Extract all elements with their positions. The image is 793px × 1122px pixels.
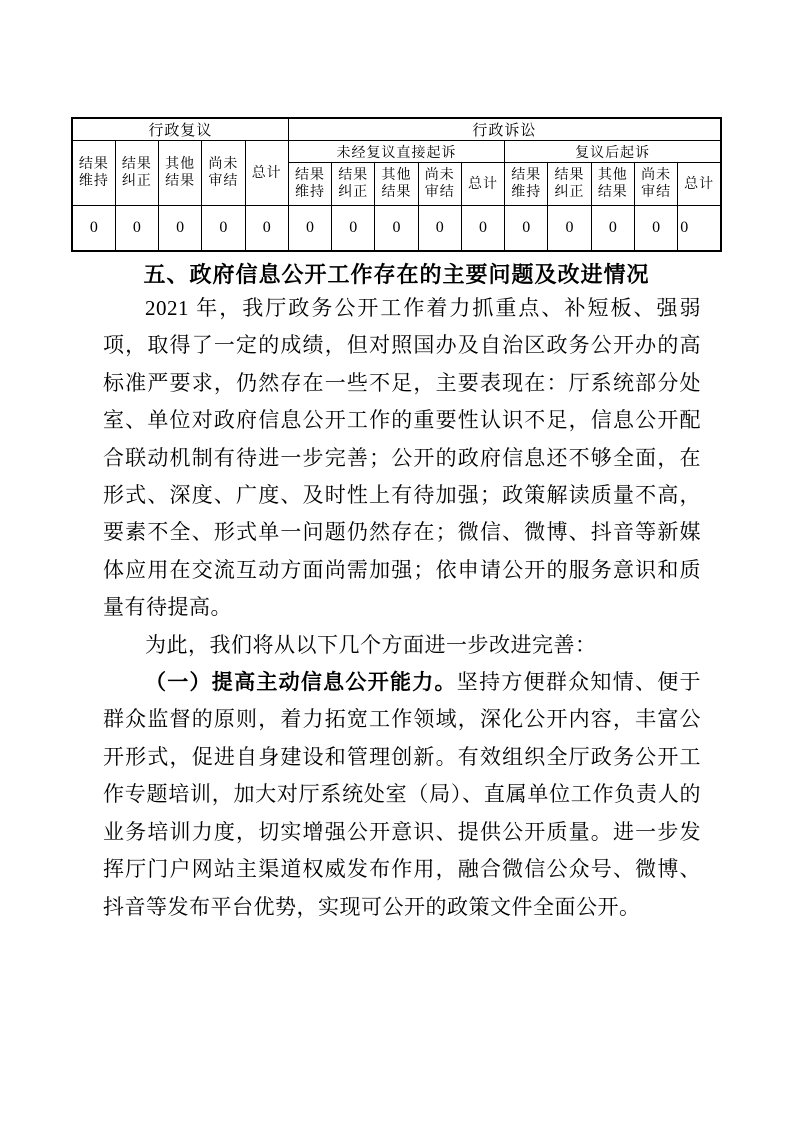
paragraph-improvement-body: 坚持方便群众知情、便于群众监督的原则，着力拓宽工作领域，深化公开内容，丰富公开形… (103, 670, 701, 918)
table-value: 0 (548, 206, 591, 252)
table-value: 0 (202, 206, 245, 252)
table-value: 0 (115, 206, 158, 252)
table-value: 0 (634, 206, 677, 252)
table-value: 0 (505, 206, 548, 252)
col-header-result-upheld: 结果 维持 (505, 163, 548, 206)
col-header-total: 总计 (245, 141, 288, 206)
col-header-result-upheld: 结果 维持 (72, 141, 115, 206)
col-header-result-corrected: 结果 纠正 (548, 163, 591, 206)
table-value: 0 (72, 206, 115, 252)
admin-review-litigation-table: 行政复议 行政诉讼 结果 维持 结果 纠正 其他 结果 尚未 审结 总计 未经复… (71, 117, 722, 252)
group-header-direct-lawsuit: 未经复议直接起诉 (288, 141, 504, 163)
group-header-post-review-lawsuit: 复议后起诉 (505, 141, 721, 163)
col-header-result-corrected: 结果 纠正 (332, 163, 375, 206)
col-header-other-result: 其他 结果 (375, 163, 418, 206)
col-header-result-corrected: 结果 纠正 (115, 141, 158, 206)
table-value: 0 (375, 206, 418, 252)
col-header-other-result: 其他 结果 (591, 163, 634, 206)
col-header-total: 总计 (461, 163, 504, 206)
col-header-total: 总计 (678, 163, 721, 206)
col-header-other-result: 其他 结果 (159, 141, 202, 206)
section-header-admin-litigation: 行政诉讼 (288, 118, 721, 141)
paragraph-problems: 2021 年，我厅政务公开工作着力抓重点、补短板、强弱项，取得了一定的成绩，但对… (103, 290, 701, 627)
table-value: 0 (159, 206, 202, 252)
section-heading: 五、政府信息公开工作存在的主要问题及改进情况 (0, 257, 793, 293)
paragraph-improvement: （一）提高主动信息公开能力。坚持方便群众知情、便于群众监督的原则，着力拓宽工作领… (103, 664, 701, 926)
table-value: 0 (591, 206, 634, 252)
paragraph-improvement-lead: （一）提高主动信息公开能力。 (145, 670, 457, 694)
table-value: 0 (332, 206, 375, 252)
document-page: 行政复议 行政诉讼 结果 维持 结果 纠正 其他 结果 尚未 审结 总计 未经复… (0, 0, 793, 1122)
section-header-admin-reconsideration: 行政复议 (72, 118, 288, 141)
table-value: 0 (461, 206, 504, 252)
col-header-pending: 尚未 审结 (634, 163, 677, 206)
col-header-pending: 尚未 审结 (418, 163, 461, 206)
table-value: 0 (245, 206, 288, 252)
paragraph-transition: 为此，我们将从以下几个方面进一步改进完善： (103, 627, 701, 664)
table-value: 0 (418, 206, 461, 252)
table-value: 0 (288, 206, 331, 252)
document-body: 2021 年，我厅政务公开工作着力抓重点、补短板、强弱项，取得了一定的成绩，但对… (103, 290, 701, 926)
col-header-pending: 尚未 审结 (202, 141, 245, 206)
col-header-result-upheld: 结果 维持 (288, 163, 331, 206)
table-value: 0 (678, 206, 721, 252)
